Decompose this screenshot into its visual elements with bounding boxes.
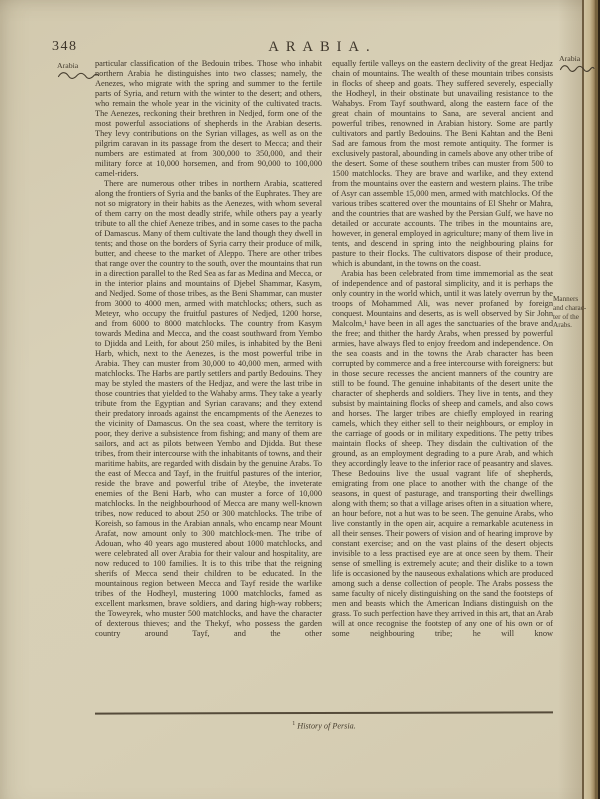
footnote-marker: 1 <box>292 721 295 727</box>
flourish-icon <box>559 63 595 73</box>
body-paragraph: equally fertile valleys on the eastern d… <box>332 59 553 269</box>
page-number: 348 <box>52 39 78 55</box>
margin-note-label: Arabia <box>57 61 91 70</box>
right-column: equally fertile valleys on the eastern d… <box>332 59 553 711</box>
body-paragraph: Arabia has been celebrated from time imm… <box>332 269 553 639</box>
left-column: particular classification of the Bedouin… <box>95 59 322 711</box>
margin-note-line: Arabs. <box>553 321 587 330</box>
margin-note-arabia-left: Arabia <box>57 61 91 80</box>
page-edge-shadow <box>558 0 582 799</box>
flourish-icon <box>57 70 99 80</box>
footnote-rule <box>95 711 553 714</box>
margin-note-arabia-right: Arabia <box>559 54 589 73</box>
footnote-text: History of Persia. <box>297 722 355 731</box>
running-title: ARABIA. <box>95 39 550 56</box>
margin-note-label: Arabia <box>559 54 589 63</box>
footnote: 1 History of Persia. <box>95 721 553 731</box>
book-page: 348 ARABIA. Arabia Arabia Manners and ch… <box>0 0 600 799</box>
margin-note-line: and charac- <box>553 304 587 313</box>
body-paragraph: There are numerous other tribes in north… <box>95 179 322 639</box>
body-paragraph: particular classification of the Bedouin… <box>95 59 322 179</box>
margin-note-line: Manners <box>553 295 587 304</box>
margin-note-line: ter of the <box>553 313 587 322</box>
book-edge-band <box>584 0 595 799</box>
margin-note-manners: Manners and charac- ter of the Arabs. <box>553 295 587 330</box>
